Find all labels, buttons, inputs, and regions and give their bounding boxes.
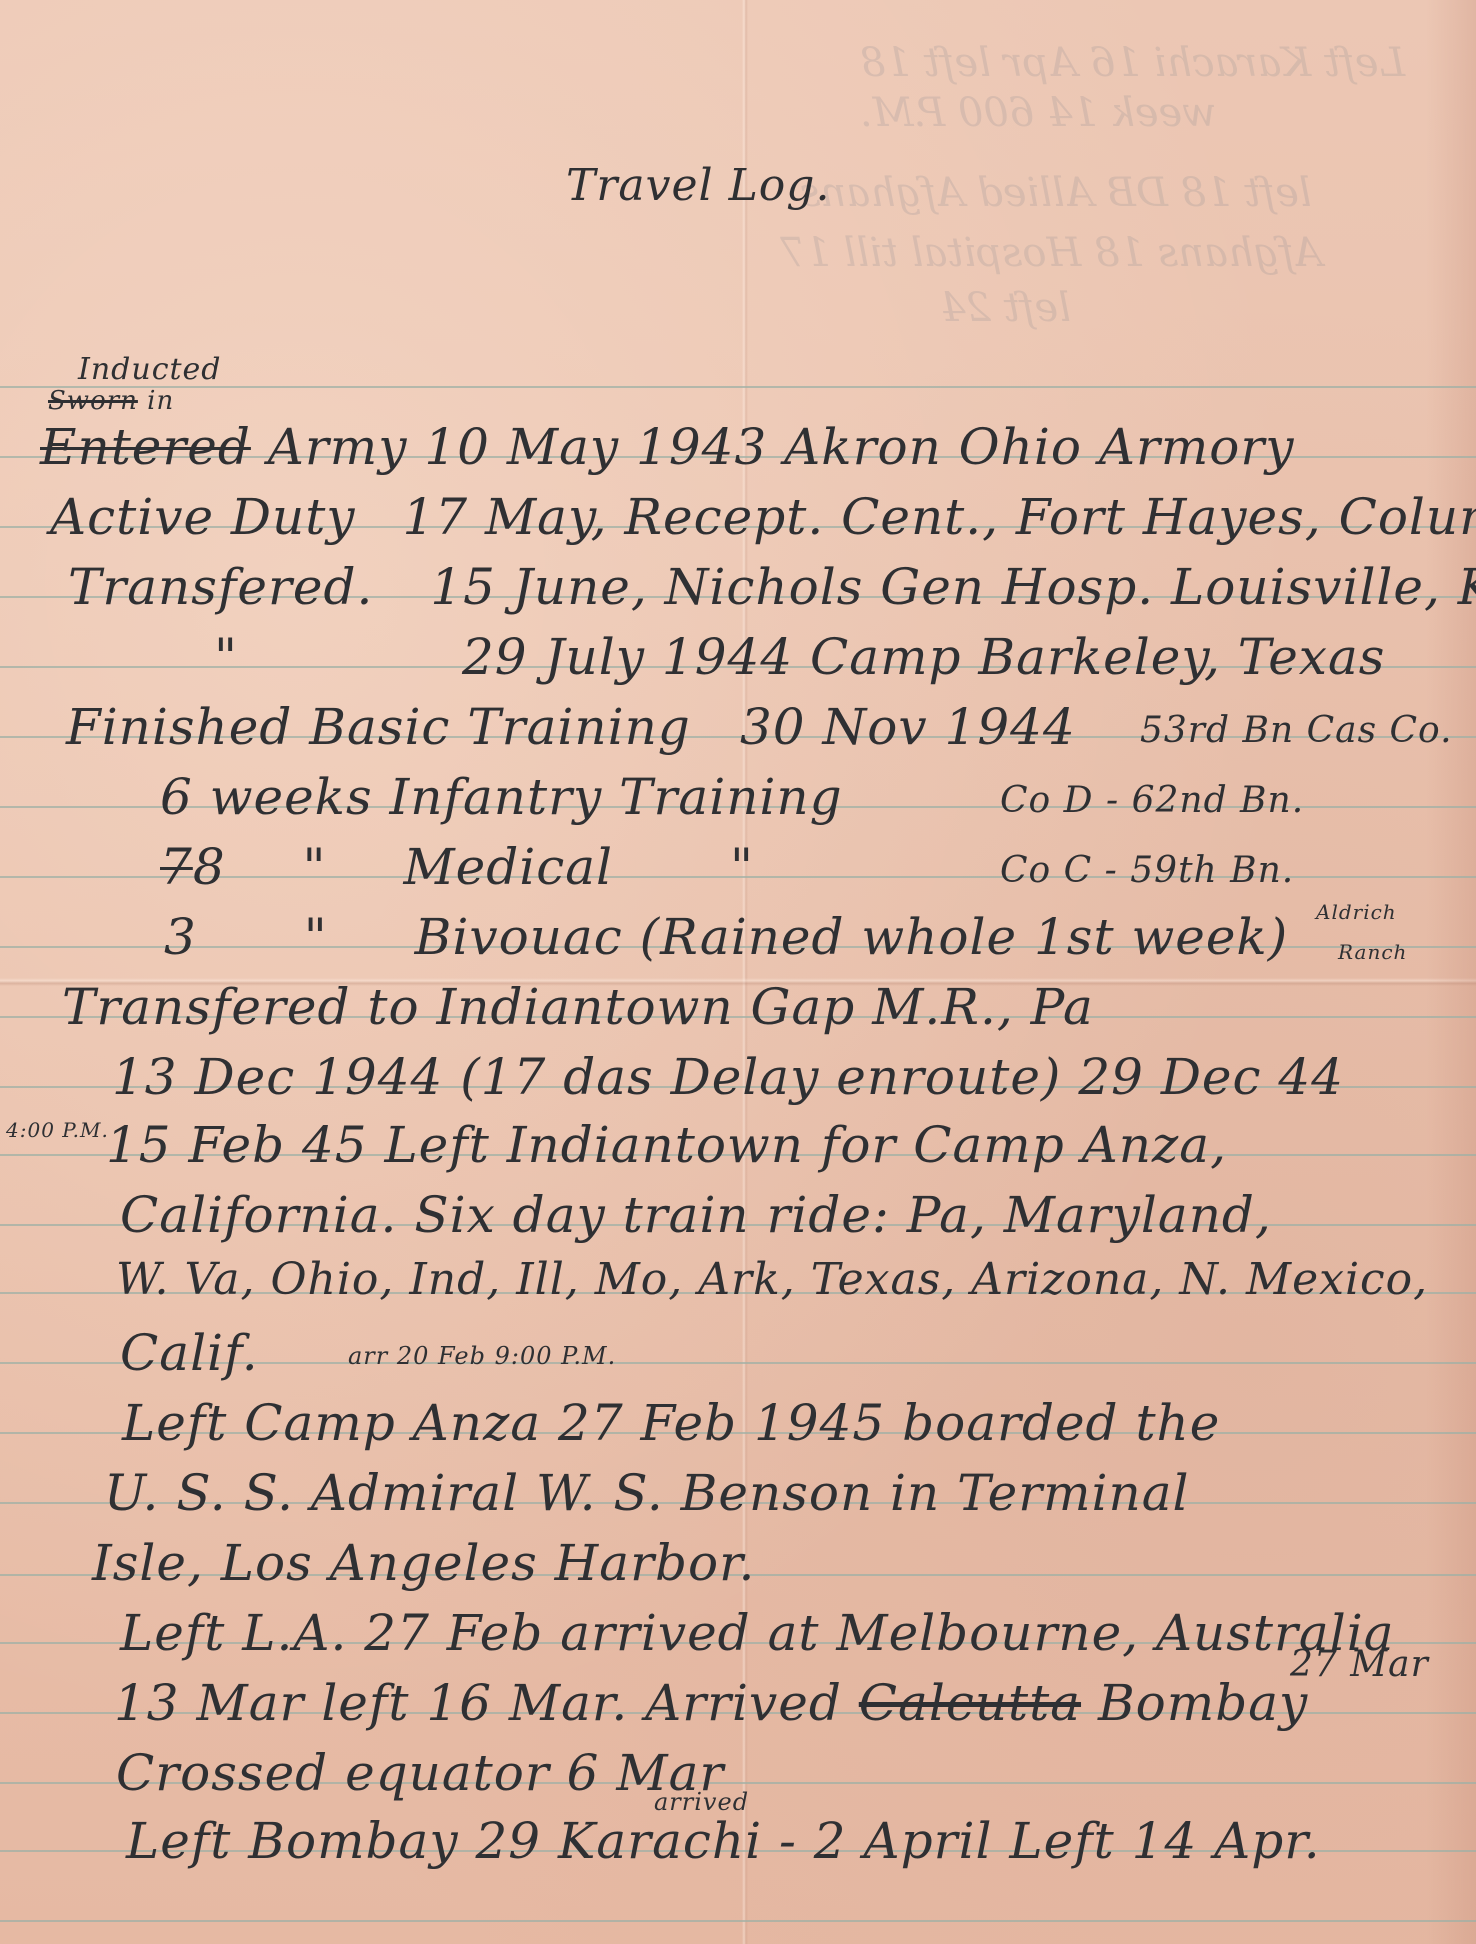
margin-note-aldrich: Aldrich [1316,900,1397,924]
log-entry-indiantown-gap: Transfered to Indiantown Gap M.R., Pa [62,978,1094,1036]
entry-text: Army 10 May 1943 Akron Ohio Armory [268,418,1295,476]
log-entry-left-camp-anza: Left Camp Anza 27 Feb 1945 boarded the [122,1394,1220,1452]
log-entry-delay-enroute: 13 Dec 1944 (17 das Delay enroute) 29 De… [112,1048,1344,1106]
bombay-arrival-date-note: 27 Mar [1290,1644,1429,1685]
entry-text: 17 May, Recept. Cent., Fort Hayes, Colum… [402,488,1476,546]
margin-note-time: 4:00 P.M. [6,1118,109,1142]
log-entry-bivouac: 3 " Bivouac (Rained whole 1st week) [164,908,1288,966]
page-edge-shadow [1426,0,1476,1944]
log-entry-melbourne: Left L.A. 27 Feb arrived at Melbourne, A… [120,1604,1395,1662]
ditto-mark: " [214,628,238,686]
bleed-through-text: left 24 [940,285,1071,331]
log-entry-active-duty: Active Duty 17 May, Recept. Cent., Fort … [50,488,1476,546]
log-entry-arrived-bombay: 13 Mar left 16 Mar. Arrived Calcutta Bom… [114,1674,1308,1732]
medical-training-unit: Co C - 59th Bn. [1000,850,1294,891]
weeks-count: 3 [164,908,197,966]
entry-text: Bivouac (Rained whole 1st week) [415,908,1289,966]
page-title: Travel Log. [566,160,830,211]
log-entry-states-list: W. Va, Ohio, Ind, Ill, Mo, Ark, Texas, A… [116,1254,1428,1305]
struck-text: Sworn [48,386,138,416]
log-entry-inducted: Entered Army 10 May 1943 Akron Ohio Armo… [40,418,1295,476]
bleed-through-text: week 14 600 P.M. [860,90,1216,136]
correction-suffix: in [147,386,174,416]
arrival-note: arr 20 Feb 9:00 P.M. [348,1342,616,1370]
entry-text: 13 Mar left 16 Mar. Arrived [114,1674,842,1732]
ruled-line [0,1920,1476,1922]
entry-label: Transfered. [68,558,373,616]
entry-text: 15 June, Nichols Gen Hosp. Louisville, K… [430,558,1476,616]
entry-text: Medical [403,838,613,896]
bleed-through-text: Left Karachi 16 Apr left 18 [860,40,1405,86]
basic-training-unit: 53rd Bn Cas Co. [1140,710,1453,751]
log-entry-transfered-louisville: Transfered. 15 June, Nichols Gen Hosp. L… [68,558,1476,616]
struck-word-calcutta: Calcutta [859,1674,1081,1732]
log-entry-infantry-training: 6 weeks Infantry Training [160,768,843,826]
bleed-through-text: Afghans 18 Hospital till 17 [780,230,1322,276]
ditto-mark: " [730,838,754,896]
infantry-training-unit: Co D - 62nd Bn. [1000,780,1304,821]
log-entry-crossed-equator: Crossed equator 6 Mar [116,1744,724,1802]
ditto-mark: " [304,908,328,966]
log-entry-left-indiantown: 15 Feb 45 Left Indiantown for Camp Anza, [106,1116,1227,1174]
log-entry-los-angeles-harbor: Isle, Los Angeles Harbor. [92,1534,755,1592]
log-entry-medical-training: 78 " Medical " [160,838,754,896]
log-entry-basic-training: Finished Basic Training [66,698,691,756]
destination: Bombay [1098,1674,1308,1732]
bleed-through-text: left 18 DB Allied Afghans [800,170,1312,216]
basic-training-date: 30 Nov 1944 [740,698,1076,756]
log-entry-train-ride: California. Six day train ride: Pa, Mary… [120,1186,1272,1244]
margin-note-ranch: Ranch [1338,940,1407,964]
log-entry-uss-benson: U. S. S. Admiral W. S. Benson in Termina… [104,1464,1190,1522]
inserted-word-inducted: Inducted [78,352,222,387]
struck-word-entered: Entered [40,418,251,476]
entry-label: Active Duty [50,488,356,546]
log-entry-camp-barkeley: 29 July 1944 Camp Barkeley, Texas [462,628,1385,686]
ditto-mark: " [303,838,327,896]
weeks-count: 8 [193,838,226,896]
struck-word-sworn: Sworn in [48,386,174,416]
struck-digit: 7 [160,838,193,896]
log-entry-left-bombay: Left Bombay 29 Karachi - 2 April Left 14… [126,1812,1321,1870]
log-entry-calif: Calif. [120,1324,259,1382]
